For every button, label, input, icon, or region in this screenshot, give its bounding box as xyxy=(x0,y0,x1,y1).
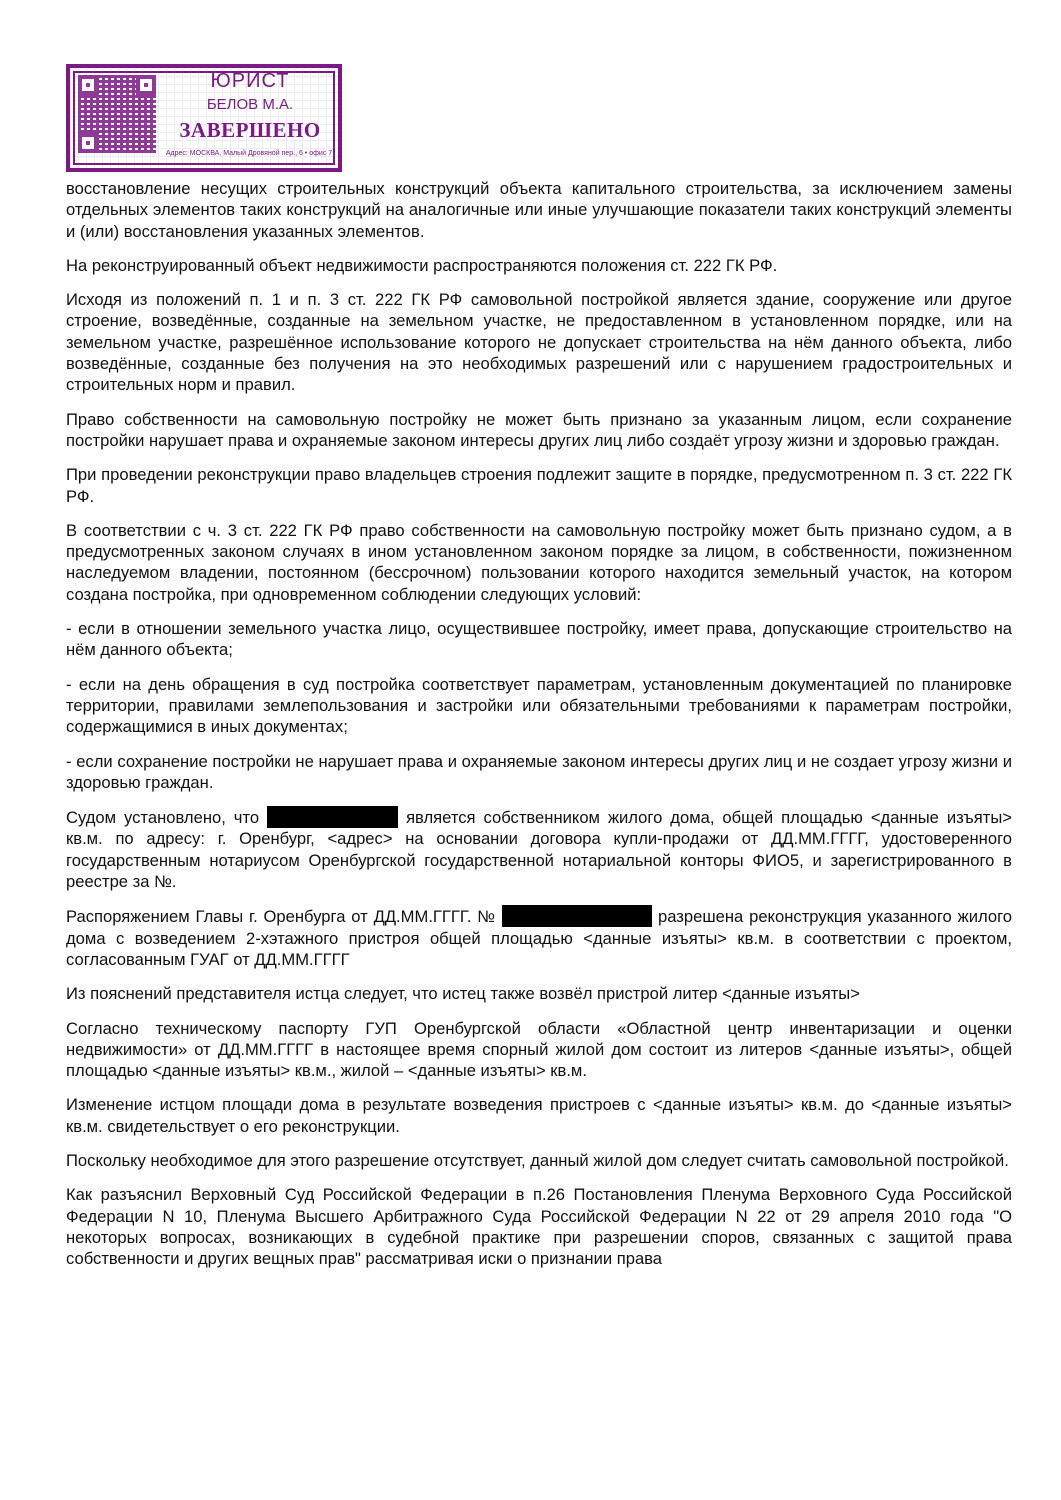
paragraph: Изменение истцом площади дома в результа… xyxy=(66,1094,1012,1137)
qr-finder-pattern xyxy=(136,75,156,95)
paragraph: В соответствии с ч. 3 ст. 222 ГК РФ прав… xyxy=(66,520,1012,605)
paragraph-text: Судом установлено, что xyxy=(66,808,259,827)
paragraph: Поскольку необходимое для этого разрешен… xyxy=(66,1150,1012,1171)
paragraph: На реконструированный объект недвижимост… xyxy=(66,255,1012,276)
stamp-address: Адрес: МОСКВА, Малый Дровяной пер., 6 • … xyxy=(162,150,336,157)
paragraph: Распоряжением Главы г. Оренбурга от ДД.М… xyxy=(66,905,1012,970)
paragraph: Согласно техническому паспорту ГУП Оренб… xyxy=(66,1018,1012,1082)
paragraph: Судом установлено, что является собствен… xyxy=(66,806,1012,892)
paragraph: Из пояснений представителя истца следует… xyxy=(66,983,1012,1004)
condition-item: - если в отношении земельного участка ли… xyxy=(66,618,1012,661)
paragraph: Как разъяснил Верховный Суд Российской Ф… xyxy=(66,1184,1012,1269)
document-body: восстановление несущих строительных конс… xyxy=(66,178,1012,1282)
lawyer-stamp: ЮРИСТ БЕЛОВ М.А. ЗАВЕРШЕНО Адрес: МОСКВА… xyxy=(66,64,342,172)
condition-item: - если сохранение постройки не нарушает … xyxy=(66,751,1012,794)
qr-finder-pattern xyxy=(78,133,98,153)
qr-code-icon xyxy=(78,75,156,153)
stamp-title: ЮРИСТ xyxy=(166,70,334,93)
redaction-box xyxy=(502,905,652,927)
paragraph: Исходя из положений п. 1 и п. 3 ст. 222 … xyxy=(66,289,1012,395)
paragraph-text: Распоряжением Главы г. Оренбурга от ДД.М… xyxy=(66,907,496,926)
paragraph: восстановление несущих строительных конс… xyxy=(66,178,1012,242)
paragraph: При проведении реконструкции право владе… xyxy=(66,464,1012,507)
stamp-lawyer-name: БЕЛОВ М.А. xyxy=(166,96,334,113)
stamp-status: ЗАВЕРШЕНО xyxy=(166,118,334,143)
redaction-box xyxy=(267,806,398,828)
condition-item: - если на день обращения в суд постройка… xyxy=(66,674,1012,738)
qr-finder-pattern xyxy=(78,75,98,95)
paragraph: Право собственности на самовольную постр… xyxy=(66,409,1012,452)
document-page: ЮРИСТ БЕЛОВ М.А. ЗАВЕРШЕНО Адрес: МОСКВА… xyxy=(0,0,1061,1500)
